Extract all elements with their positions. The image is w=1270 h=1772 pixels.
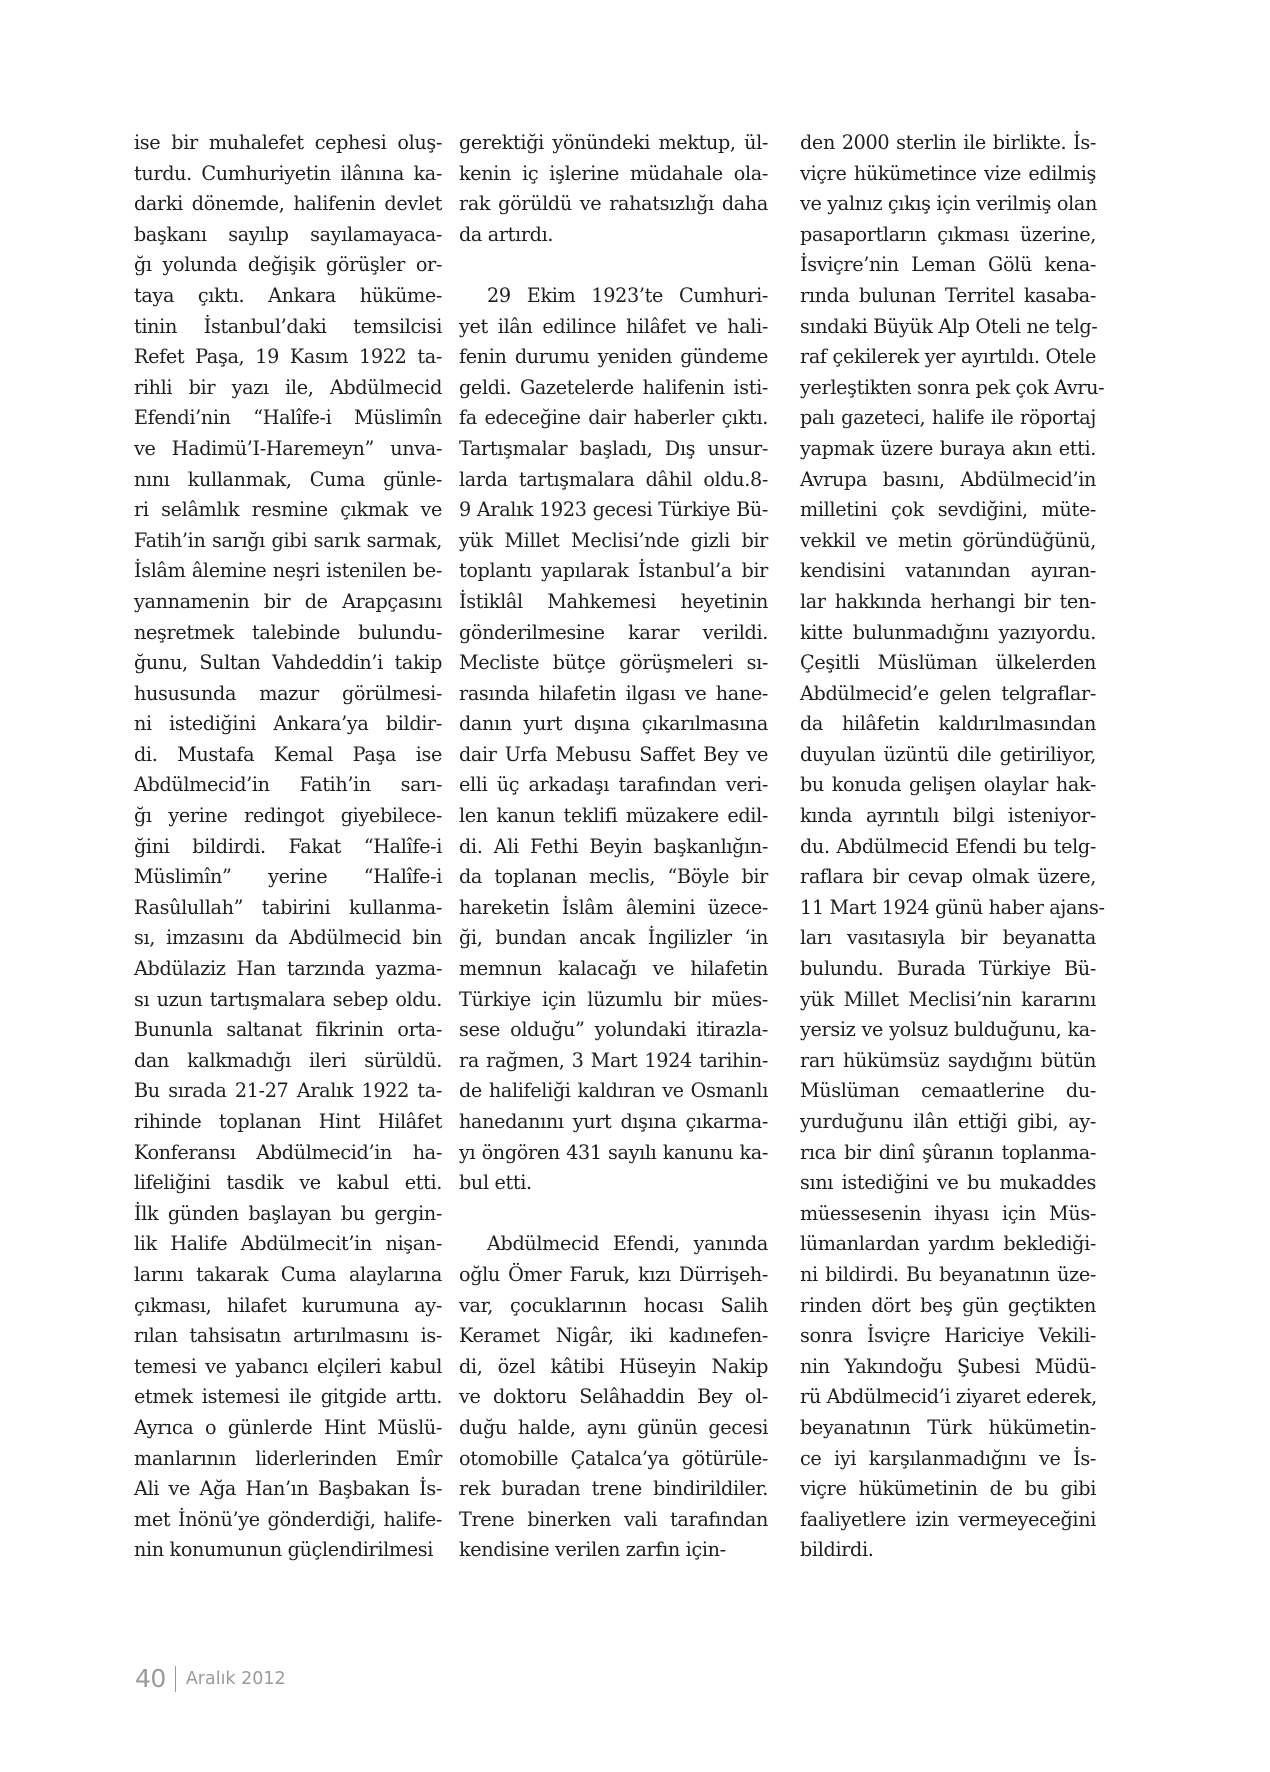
text-line: yet ilân edilince hilâfet ve hali- <box>459 312 768 343</box>
text-line: Trene binerken vali tarafından <box>459 1505 768 1536</box>
text-line: palı gazeteci, halife ile röportaj <box>800 403 1096 434</box>
text-line: gönderilmesine karar verildi. <box>459 618 768 649</box>
text-line: ği, bundan ancak İngilizler ‘in <box>459 923 768 954</box>
paragraph: gerektiği yönündeki mektup, ül-kenin iç … <box>459 128 768 250</box>
text-line: pasaportların çıkması üzerine, <box>800 220 1096 251</box>
text-line: Bu sırada 21-27 Aralık 1922 ta- <box>134 1076 442 1107</box>
text-line: duğu halde, aynı günün gecesi <box>459 1413 768 1444</box>
text-line: rihli bir yazı ile, Abdülmecid <box>134 373 442 404</box>
text-line: sonra İsviçre Hariciye Vekili- <box>800 1321 1096 1352</box>
paragraph-gap <box>459 1199 768 1230</box>
text-line: rasında hilafetin ilgası ve hane- <box>459 679 768 710</box>
text-line: ise bir muhalefet cephesi oluş- <box>134 128 442 159</box>
text-line: hanedanını yurt dışına çıkarma- <box>459 1107 768 1138</box>
text-line: Bununla saltanat fikrinin orta- <box>134 1015 442 1046</box>
text-line: ğı yolunda değişik görüşler or- <box>134 250 442 281</box>
text-line: ğı yerine redingot giyebilece- <box>134 801 442 832</box>
text-line: 11 Mart 1924 günü haber ajans- <box>800 893 1096 924</box>
text-line: nını kullanmak, Cuma günle- <box>134 465 442 496</box>
text-line: rılan tahsisatın artırılmasını is- <box>134 1321 442 1352</box>
text-line: yı öngören 431 sayılı kanunu ka- <box>459 1138 768 1169</box>
text-line: bulundu. Burada Türkiye Bü- <box>800 954 1096 985</box>
text-line: Ayrıca o günlerde Hint Müslü- <box>134 1413 442 1444</box>
text-column-3: den 2000 sterlin ile birlikte. İs-viçre … <box>800 128 1096 1566</box>
paragraph: den 2000 sterlin ile birlikte. İs-viçre … <box>800 128 1096 1566</box>
text-line: sı, imzasını da Abdülmecid bin <box>134 923 442 954</box>
text-line: di, özel kâtibi Hüseyin Nakip <box>459 1352 768 1383</box>
text-line: ra rağmen, 3 Mart 1924 tarihin- <box>459 1046 768 1077</box>
text-line: taya çıktı. Ankara hüküme- <box>134 281 442 312</box>
text-line: rinden dört beş gün geçtikten <box>800 1291 1096 1322</box>
footer-divider <box>175 1666 176 1692</box>
text-line: sı uzun tartışmalara sebep oldu. <box>134 985 442 1016</box>
text-line: tinin İstanbul’daki temsilcisi <box>134 312 442 343</box>
text-line: rak görüldü ve rahatsızlığı daha <box>459 189 768 220</box>
text-line: ve Hadimü’I-Haremeyn” unva- <box>134 434 442 465</box>
text-line: larda tartışmalara dâhil oldu.8- <box>459 465 768 496</box>
text-line: etmek istemesi ile gitgide arttı. <box>134 1382 442 1413</box>
text-line: temesi ve yabancı elçileri kabul <box>134 1352 442 1383</box>
text-line: lifeliğini tasdik ve kabul etti. <box>134 1168 442 1199</box>
text-line: Abdülmecid’in Fatih’in sarı- <box>134 770 442 801</box>
paragraph: 29 Ekim 1923’te Cumhuri-yet ilân edilinc… <box>459 281 768 1199</box>
text-line: duyulan üzüntü dile getiriliyor, <box>800 740 1096 771</box>
text-line: sını istediğini ve bu mukaddes <box>800 1168 1096 1199</box>
text-line: kendisini vatanından ayıran- <box>800 556 1096 587</box>
text-line: İslâm âlemine neşri istenilen be- <box>134 556 442 587</box>
text-line: kitte bulunmadığını yazıyordu. <box>800 618 1096 649</box>
text-line: Konferansı Abdülmecid’in ha- <box>134 1138 442 1169</box>
text-line: bul etti. <box>459 1168 768 1199</box>
text-line: Ali ve Ağa Han’ın Başbakan İs- <box>134 1474 442 1505</box>
text-line: Müslimîn” yerine “Halîfe-i <box>134 862 442 893</box>
text-line: rarı hükümsüz saydığını bütün <box>800 1046 1096 1077</box>
text-line: ni istediğini Ankara’ya bildir- <box>134 709 442 740</box>
text-line: Türkiye için lüzumlu bir mües- <box>459 985 768 1016</box>
text-line: Rasûlullah” tabirini kullanma- <box>134 893 442 924</box>
text-line: nin konumunun güçlendirilmesi <box>134 1535 442 1566</box>
text-line: ğini bildirdi. Fakat “Halîfe-i <box>134 832 442 863</box>
text-line: Keramet Nigâr, iki kadınefen- <box>459 1321 768 1352</box>
paragraph: Abdülmecid Efendi, yanındaoğlu Ömer Faru… <box>459 1229 768 1566</box>
text-line: met İnönü’ye gönderdiği, halife- <box>134 1505 442 1536</box>
text-line: rında bulunan Territel kasaba- <box>800 281 1096 312</box>
text-line: Müslüman cemaatlerine du- <box>800 1076 1096 1107</box>
text-line: ve doktoru Selâhaddin Bey ol- <box>459 1382 768 1413</box>
text-line: İstiklâl Mahkemesi heyetinin <box>459 587 768 618</box>
paragraph-gap <box>459 250 768 281</box>
text-line: neşretmek talebinde bulundu- <box>134 618 442 649</box>
text-line: vekkil ve metin göründüğünü, <box>800 526 1096 557</box>
text-line: yannamenin bir de Arapçasını <box>134 587 442 618</box>
text-line: yapmak üzere buraya akın etti. <box>800 434 1096 465</box>
text-line: da toplanan meclis, “Böyle bir <box>459 862 768 893</box>
text-line: yersiz ve yolsuz bulduğunu, ka- <box>800 1015 1096 1046</box>
text-line: de halifeliği kaldıran ve Osmanlı <box>459 1076 768 1107</box>
text-line: hareketin İslâm âlemini üzece- <box>459 893 768 924</box>
text-line: yük Millet Meclisi’nde gizli bir <box>459 526 768 557</box>
text-line: kenin iç işlerine müdahale ola- <box>459 159 768 190</box>
text-column-2: gerektiği yönündeki mektup, ül-kenin iç … <box>459 128 768 1566</box>
text-line: da artırdı. <box>459 220 768 251</box>
text-line: ni bildirdi. Bu beyanatının üze- <box>800 1260 1096 1291</box>
text-line: ğunu, Sultan Vahdeddin’i takip <box>134 648 442 679</box>
text-line: Çeşitli Müslüman ülkelerden <box>800 648 1096 679</box>
text-line: ri selâmlık resmine çıkmak ve <box>134 495 442 526</box>
text-line: viçre hükümetinin de bu gibi <box>800 1474 1096 1505</box>
text-line: var, çocuklarının hocası Salih <box>459 1291 768 1322</box>
text-line: beyanatının Türk hükümetin- <box>800 1413 1096 1444</box>
text-line: toplantı yapılarak İstanbul’a bir <box>459 556 768 587</box>
text-line: çıkması, hilafet kurumuna ay- <box>134 1291 442 1322</box>
text-line: turdu. Cumhuriyetin ilânına ka- <box>134 159 442 190</box>
text-line: gerektiği yönündeki mektup, ül- <box>459 128 768 159</box>
text-line: rü Abdülmecid’i ziyaret ederek, <box>800 1382 1096 1413</box>
text-line: bildirdi. <box>800 1535 1096 1566</box>
text-line: Abdülmecid’e gelen telgraflar- <box>800 679 1096 710</box>
text-line: di. Ali Fethi Beyin başkanlığın- <box>459 832 768 863</box>
text-line: 9 Aralık 1923 gecesi Türkiye Bü- <box>459 495 768 526</box>
page-footer: 40 Aralık 2012 <box>135 1664 286 1693</box>
text-line: elli üç arkadaşı tarafından veri- <box>459 770 768 801</box>
text-line: otomobille Çatalca’ya götürüle- <box>459 1444 768 1475</box>
text-line: faaliyetlere izin vermeyeceğini <box>800 1505 1096 1536</box>
text-line: fenin durumu yeniden gündeme <box>459 342 768 373</box>
text-line: ları vasıtasıyla bir beyanatta <box>800 923 1096 954</box>
text-line: rek buradan trene bindirildiler. <box>459 1474 768 1505</box>
text-line: da hilâfetin kaldırılmasından <box>800 709 1096 740</box>
text-line: memnun kalacağı ve hilafetin <box>459 954 768 985</box>
text-line: müessesenin ihyası için Müs- <box>800 1199 1096 1230</box>
text-line: milletini çok sevdiğini, müte- <box>800 495 1096 526</box>
text-line: larını takarak Cuma alaylarına <box>134 1260 442 1291</box>
text-line: kında ayrıntılı bilgi isteniyor- <box>800 801 1096 832</box>
text-line: Mecliste bütçe görüşmeleri sı- <box>459 648 768 679</box>
text-line: Tartışmalar başladı, Dış unsur- <box>459 434 768 465</box>
text-line: oğlu Ömer Faruk, kızı Dürrişeh- <box>459 1260 768 1291</box>
text-line: nin Yakındoğu Şubesi Müdü- <box>800 1352 1096 1383</box>
text-line: rıca bir dinî şûranın toplanma- <box>800 1138 1096 1169</box>
text-line: len kanun teklifi müzakere edil- <box>459 801 768 832</box>
text-line: İsviçre’nin Leman Gölü kena- <box>800 250 1096 281</box>
text-line: raflara bir cevap olmak üzere, <box>800 862 1096 893</box>
text-line: yük Millet Meclisi’nin kararını <box>800 985 1096 1016</box>
text-line: Abdülaziz Han tarzında yazma- <box>134 954 442 985</box>
text-line: 29 Ekim 1923’te Cumhuri- <box>459 281 768 312</box>
issue-date: Aralık 2012 <box>186 1669 286 1689</box>
text-line: raf çekilerek yer ayırtıldı. Otele <box>800 342 1096 373</box>
text-line: viçre hükümetince vize edilmiş <box>800 159 1096 190</box>
text-line: di. Mustafa Kemal Paşa ise <box>134 740 442 771</box>
text-line: yerleştikten sonra pek çok Avru- <box>800 373 1096 404</box>
text-line: lar hakkında herhangi bir ten- <box>800 587 1096 618</box>
text-column-1: ise bir muhalefet cephesi oluş-turdu. Cu… <box>134 128 442 1566</box>
paragraph: ise bir muhalefet cephesi oluş-turdu. Cu… <box>134 128 442 1566</box>
text-line: Refet Paşa, 19 Kasım 1922 ta- <box>134 342 442 373</box>
text-line: hususunda mazur görülmesi- <box>134 679 442 710</box>
text-line: rihinde toplanan Hint Hilâfet <box>134 1107 442 1138</box>
text-line: geldi. Gazetelerde halifenin isti- <box>459 373 768 404</box>
text-line: manlarının liderlerinden Emîr <box>134 1444 442 1475</box>
text-line: fa edeceğine dair haberler çıktı. <box>459 403 768 434</box>
text-line: başkanı sayılıp sayılamayaca- <box>134 220 442 251</box>
text-line: dan kalkmadığı ileri sürüldü. <box>134 1046 442 1077</box>
text-line: kendisine verilen zarfın için- <box>459 1535 768 1566</box>
text-line: darki dönemde, halifenin devlet <box>134 189 442 220</box>
page-number: 40 <box>135 1664 166 1693</box>
text-line: lümanlardan yardım beklediği- <box>800 1229 1096 1260</box>
text-line: bu konuda gelişen olaylar hak- <box>800 770 1096 801</box>
text-line: danın yurt dışına çıkarılmasına <box>459 709 768 740</box>
text-line: yurduğunu ilân ettiği gibi, ay- <box>800 1107 1096 1138</box>
text-line: sese olduğu” yolundaki itirazla- <box>459 1015 768 1046</box>
text-line: den 2000 sterlin ile birlikte. İs- <box>800 128 1096 159</box>
text-line: İlk günden başlayan bu gergin- <box>134 1199 442 1230</box>
text-line: du. Abdülmecid Efendi bu telg- <box>800 832 1096 863</box>
text-line: Efendi’nin “Halîfe-i Müslimîn <box>134 403 442 434</box>
text-line: ce iyi karşılanmadığını ve İs- <box>800 1444 1096 1475</box>
text-line: sındaki Büyük Alp Oteli ne telg- <box>800 312 1096 343</box>
text-line: ve yalnız çıkış için verilmiş olan <box>800 189 1096 220</box>
text-line: dair Urfa Mebusu Saffet Bey ve <box>459 740 768 771</box>
text-line: Avrupa basını, Abdülmecid’in <box>800 465 1096 496</box>
text-line: Fatih’in sarığı gibi sarık sarmak, <box>134 526 442 557</box>
text-line: Abdülmecid Efendi, yanında <box>459 1229 768 1260</box>
text-line: lik Halife Abdülmecit’in nişan- <box>134 1229 442 1260</box>
